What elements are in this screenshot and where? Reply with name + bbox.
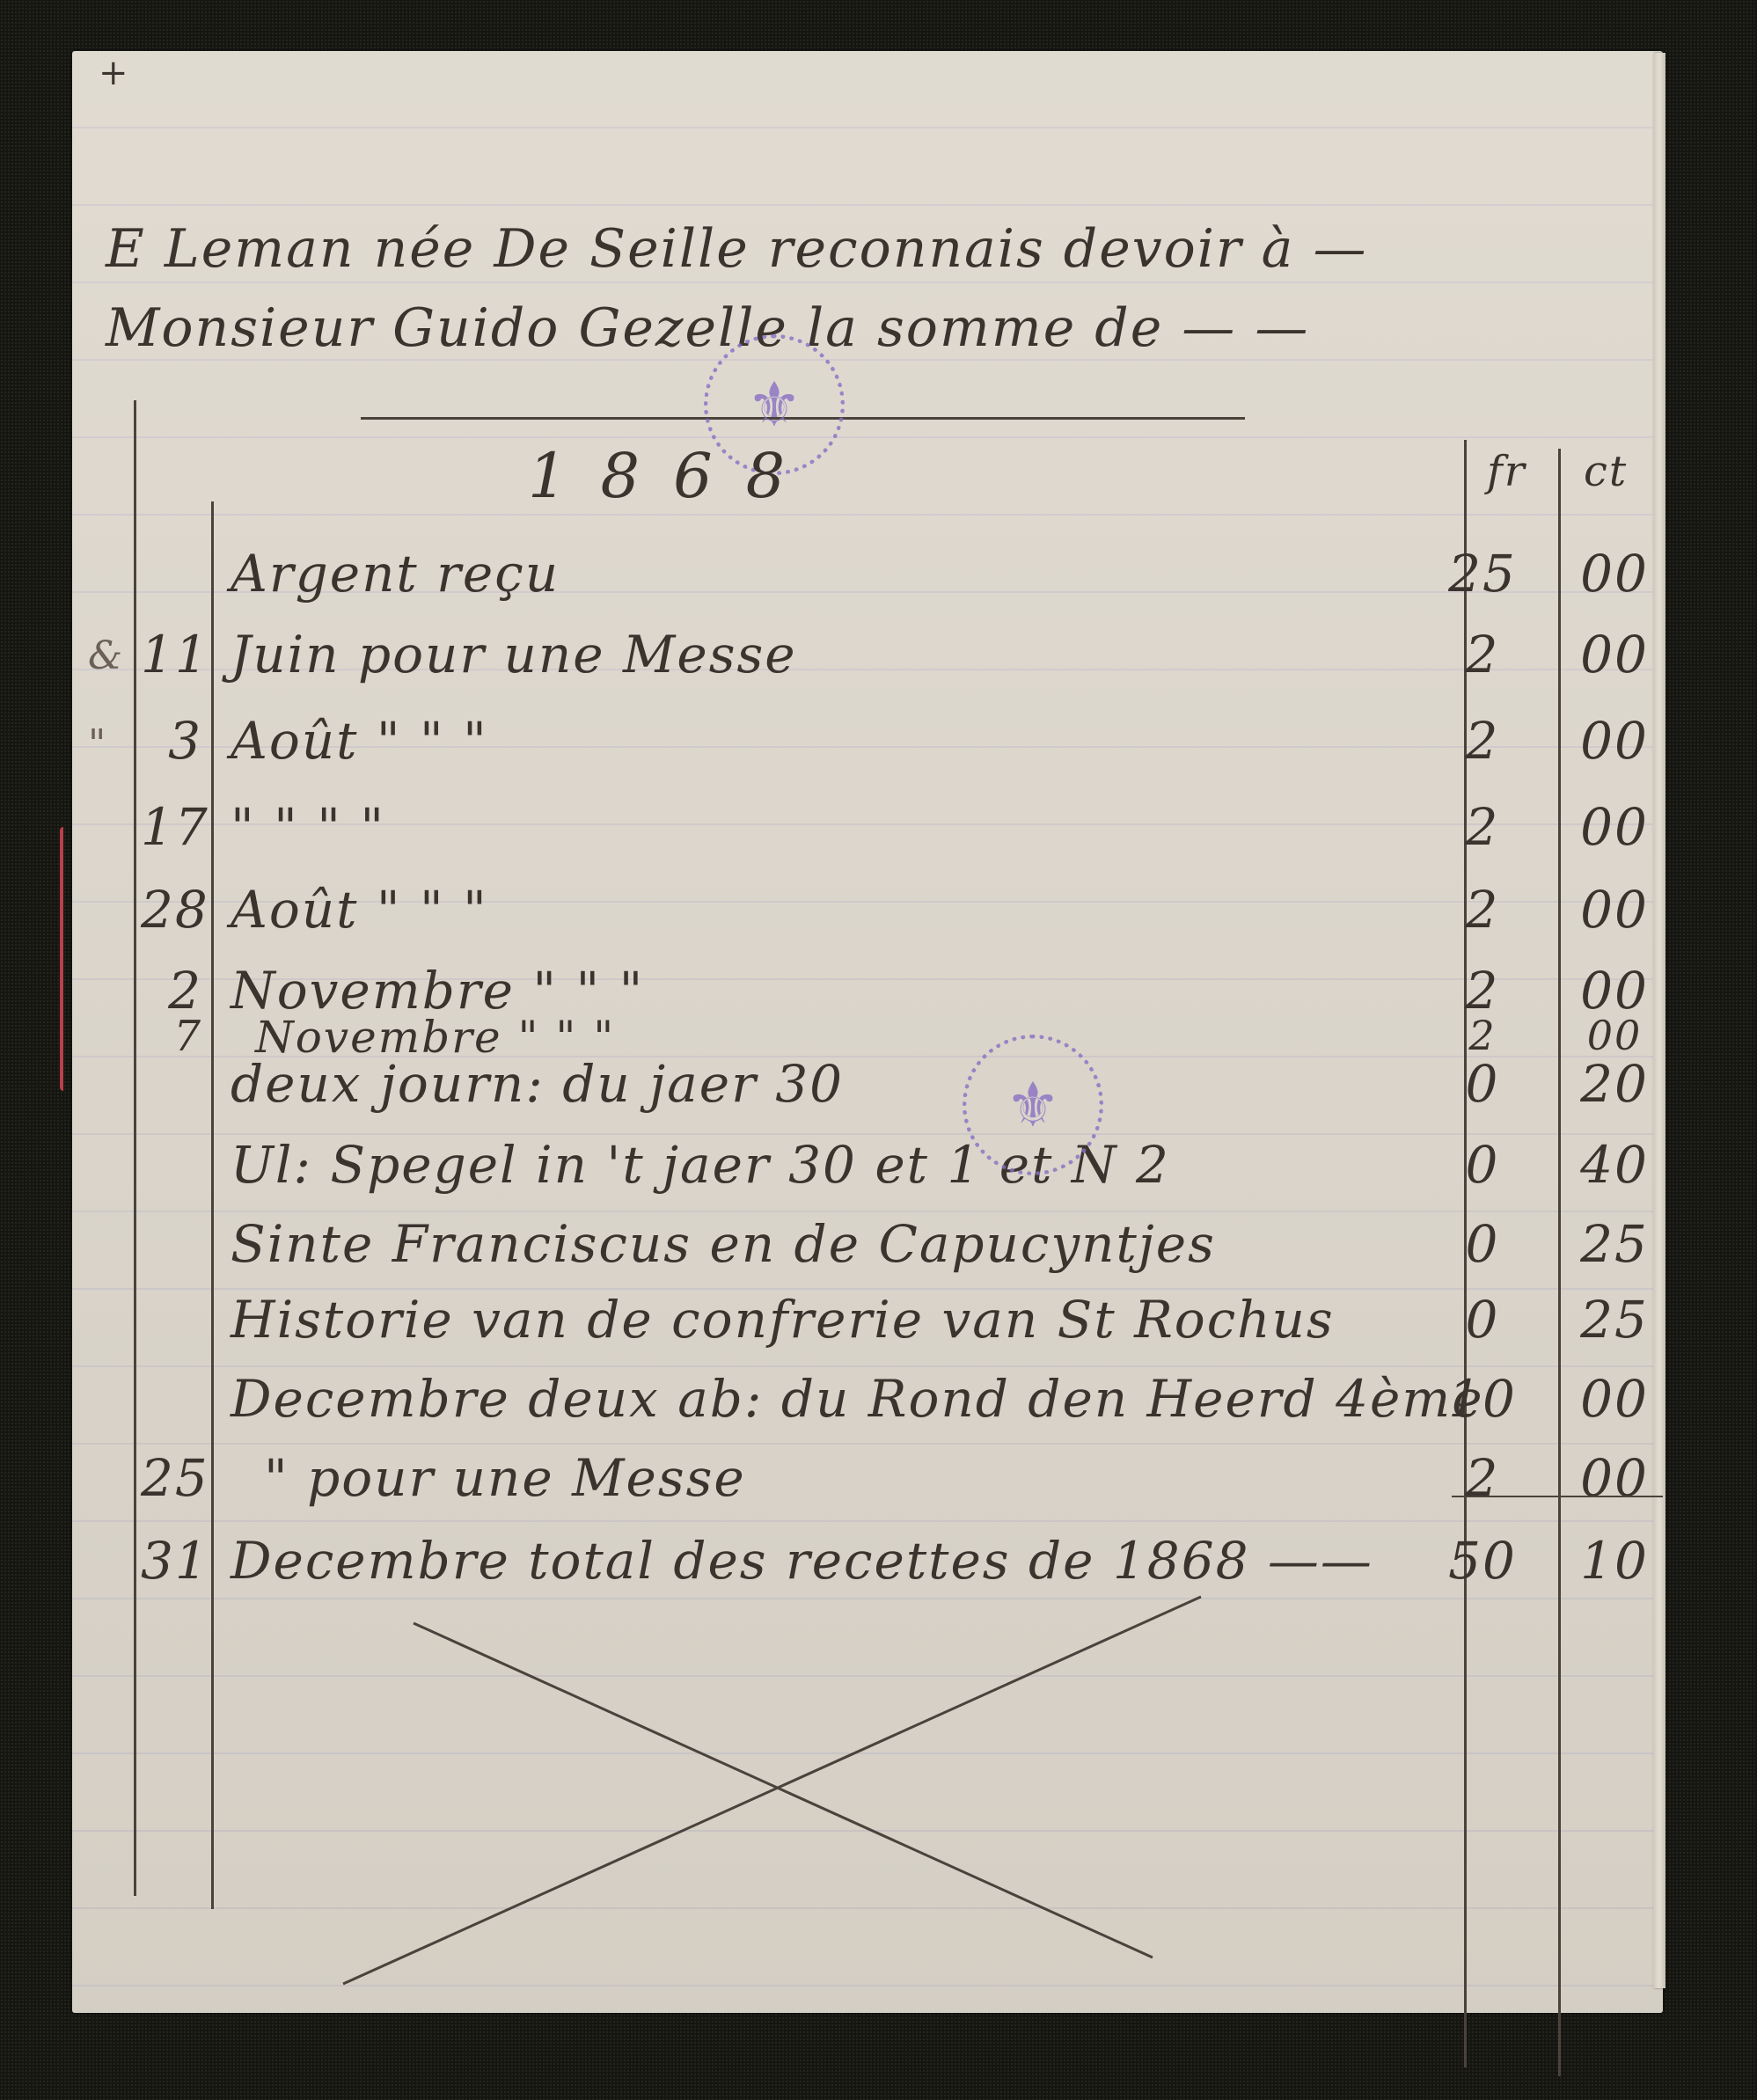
- entry-francs: 2: [1425, 797, 1540, 857]
- entry-description: Sinte Franciscus en de Capucyntjes: [231, 1214, 1216, 1274]
- entry-day: 3: [141, 711, 202, 771]
- entry-day: 7: [141, 1012, 202, 1061]
- entry-centimes: 00: [1557, 711, 1672, 771]
- entry-centimes: 00: [1557, 1369, 1672, 1429]
- francs-header: fr: [1487, 447, 1526, 496]
- entry-francs: 0: [1425, 1290, 1540, 1350]
- margin-rule-outer: [134, 400, 136, 1896]
- entry-francs: 2: [1425, 1448, 1540, 1508]
- entry-centimes: 20: [1557, 1054, 1672, 1114]
- binding-thread: [60, 827, 70, 1091]
- entry-francs: 2: [1425, 625, 1540, 684]
- entry-centimes: 25: [1557, 1290, 1672, 1350]
- entry-centimes: 25: [1557, 1214, 1672, 1274]
- entry-description: Août " " ": [231, 880, 488, 940]
- entry-francs: 2: [1425, 880, 1540, 940]
- entry-centimes: 00: [1557, 625, 1672, 684]
- total-day: 31: [141, 1531, 202, 1591]
- entry-francs: 0: [1425, 1135, 1540, 1195]
- entry-day: 25: [141, 1448, 202, 1508]
- entry-description: " pour une Messe: [264, 1448, 746, 1508]
- entry-francs: 25: [1425, 544, 1540, 604]
- entry-francs: 0: [1425, 1054, 1540, 1114]
- entry-centimes: 00: [1557, 544, 1672, 604]
- entry-francs: 0: [1425, 1214, 1540, 1274]
- total-centimes: 10: [1557, 1531, 1672, 1591]
- entry-description: deux journ: du jaer 30: [231, 1054, 844, 1114]
- entry-centimes: 00: [1557, 1448, 1672, 1508]
- entry-description: Argent reçu: [231, 544, 560, 604]
- entry-description: Historie van de confrerie van St Rochus: [231, 1290, 1335, 1350]
- entry-centimes: 00: [1557, 880, 1672, 940]
- header-line-1: E Leman née De Seille reconnais devoir à…: [106, 218, 1368, 280]
- year-heading: 1868: [528, 440, 818, 512]
- entry-description: " " " ": [231, 797, 385, 857]
- entry-francs: 2: [1425, 1012, 1540, 1059]
- total-rule: [1452, 1496, 1663, 1497]
- centimes-header: ct: [1584, 447, 1628, 496]
- entry-centimes: 00: [1557, 797, 1672, 857]
- entry-margin-note: ": [88, 721, 107, 766]
- entry-day: 28: [141, 880, 202, 940]
- corner-mark: +: [99, 53, 130, 93]
- entry-margin-note: &: [88, 633, 124, 678]
- entry-description: Juin pour une Messe: [231, 625, 797, 684]
- entry-centimes: 00: [1557, 1012, 1672, 1059]
- entry-description: Août " " ": [231, 711, 488, 771]
- entry-francs: 2: [1425, 711, 1540, 771]
- entry-day: 11: [141, 625, 202, 684]
- total-description: Decembre total des recettes de 1868 ——: [231, 1531, 1373, 1591]
- entry-centimes: 40: [1557, 1135, 1672, 1195]
- entry-francs: 10: [1425, 1369, 1540, 1429]
- margin-rule-inner: [211, 501, 214, 1909]
- total-francs: 50: [1425, 1531, 1540, 1591]
- entry-description: Decembre deux ab: du Rond den Heerd 4ème: [231, 1369, 1484, 1429]
- library-stamp-middle: ⚜: [963, 1035, 1103, 1175]
- entry-day: 17: [141, 797, 202, 857]
- fleur-de-lis-icon: ⚜: [967, 1039, 1099, 1171]
